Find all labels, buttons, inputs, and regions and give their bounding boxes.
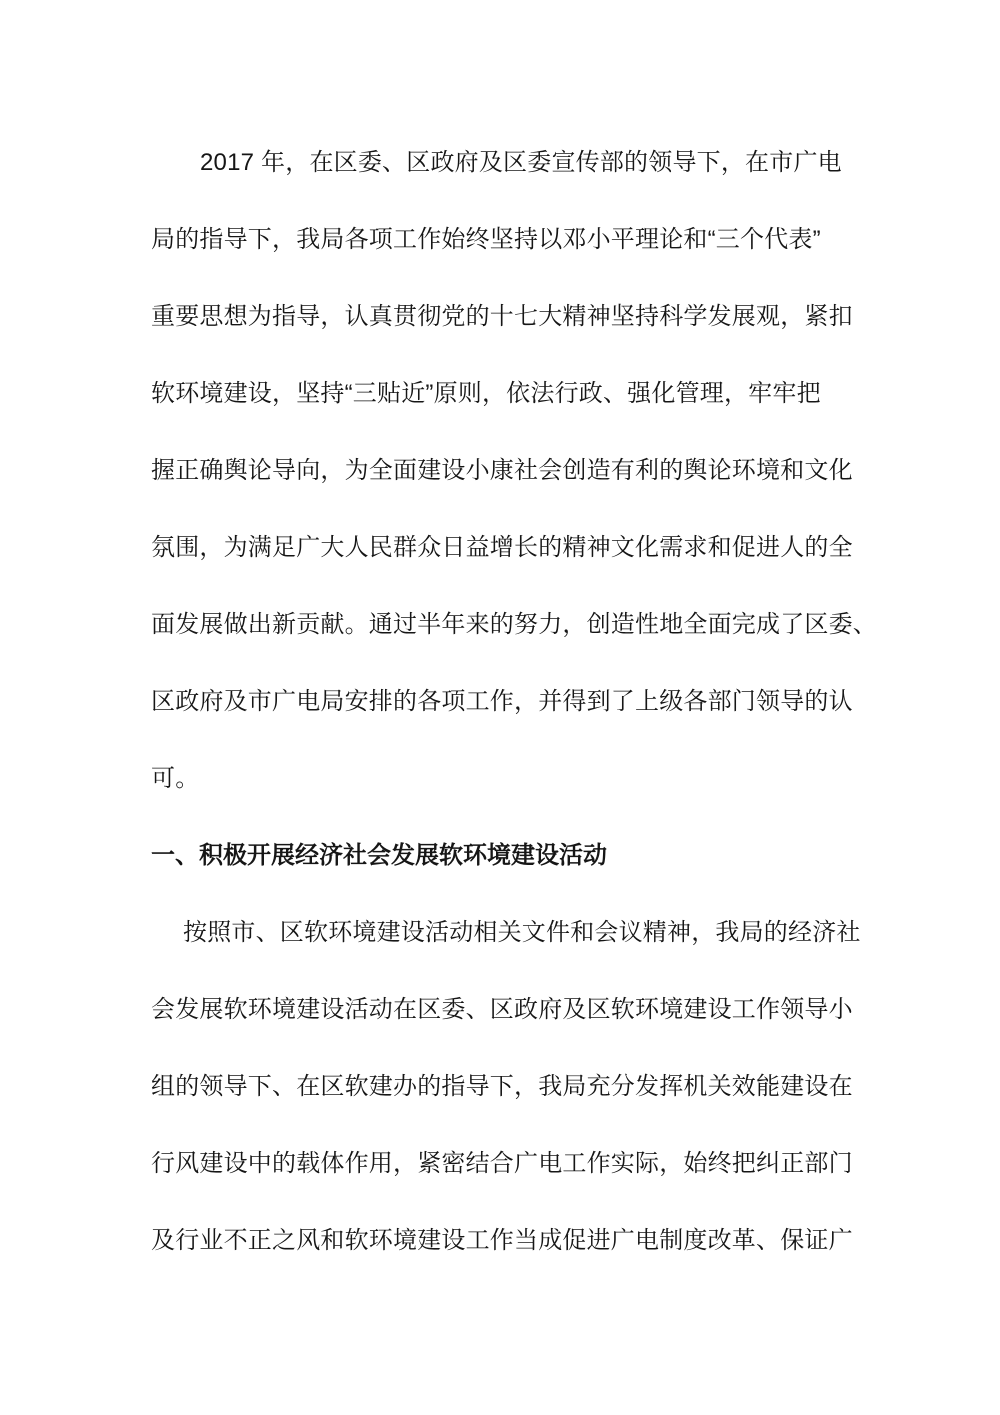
paragraph-text-line: 行风建设中的载体作用，紧密结合广电工作实际，始终把纠正部门 [151,1125,863,1202]
section-heading: 一、积极开展经济社会发展软环境建设活动 [151,817,863,894]
paragraph-text-line: 握正确舆论导向，为全面建设小康社会创造有利的舆论环境和文化 [151,432,863,509]
paragraph-text-line: 区政府及市广电局安排的各项工作，并得到了上级各部门领导的认 [151,663,863,740]
paragraph-text-line: 可。 [151,740,863,817]
paragraph-text-line: 按照市、区软环境建设活动相关文件和会议精神，我局的经济社 [151,894,863,971]
paragraph-text-line: 组的领导下、在区软建办的指导下，我局充分发挥机关效能建设在 [151,1048,863,1125]
paragraph-text-line: 氛围，为满足广大人民群众日益增长的精神文化需求和促进人的全 [151,509,863,586]
paragraph-text-line: 局的指导下，我局各项工作始终坚持以邓小平理论和“三个代表” [151,201,863,278]
paragraph-text-line: 重要思想为指导，认真贯彻党的十七大精神坚持科学发展观，紧扣 [151,278,863,355]
paragraph-text-line: 及行业不正之风和软环境建设工作当成促进广电制度改革、保证广 [151,1202,863,1279]
document-text-block: 2017 年，在区委、区政府及区委宣传部的领导下，在市广电局的指导下，我局各项工… [151,124,863,1279]
paragraph-text-line: 软环境建设，坚持“三贴近”原则，依法行政、强化管理，牢牢把 [151,355,863,432]
paragraph-text-line: 会发展软环境建设活动在区委、区政府及区软环境建设工作领导小 [151,971,863,1048]
paragraph-text-line: 面发展做出新贡献。通过半年来的努力，创造性地全面完成了区委、 [151,586,863,663]
paragraph-text-line: 2017 年，在区委、区政府及区委宣传部的领导下，在市广电 [151,124,863,201]
document-page: 2017 年，在区委、区政府及区委宣传部的领导下，在市广电局的指导下，我局各项工… [0,0,1000,1415]
